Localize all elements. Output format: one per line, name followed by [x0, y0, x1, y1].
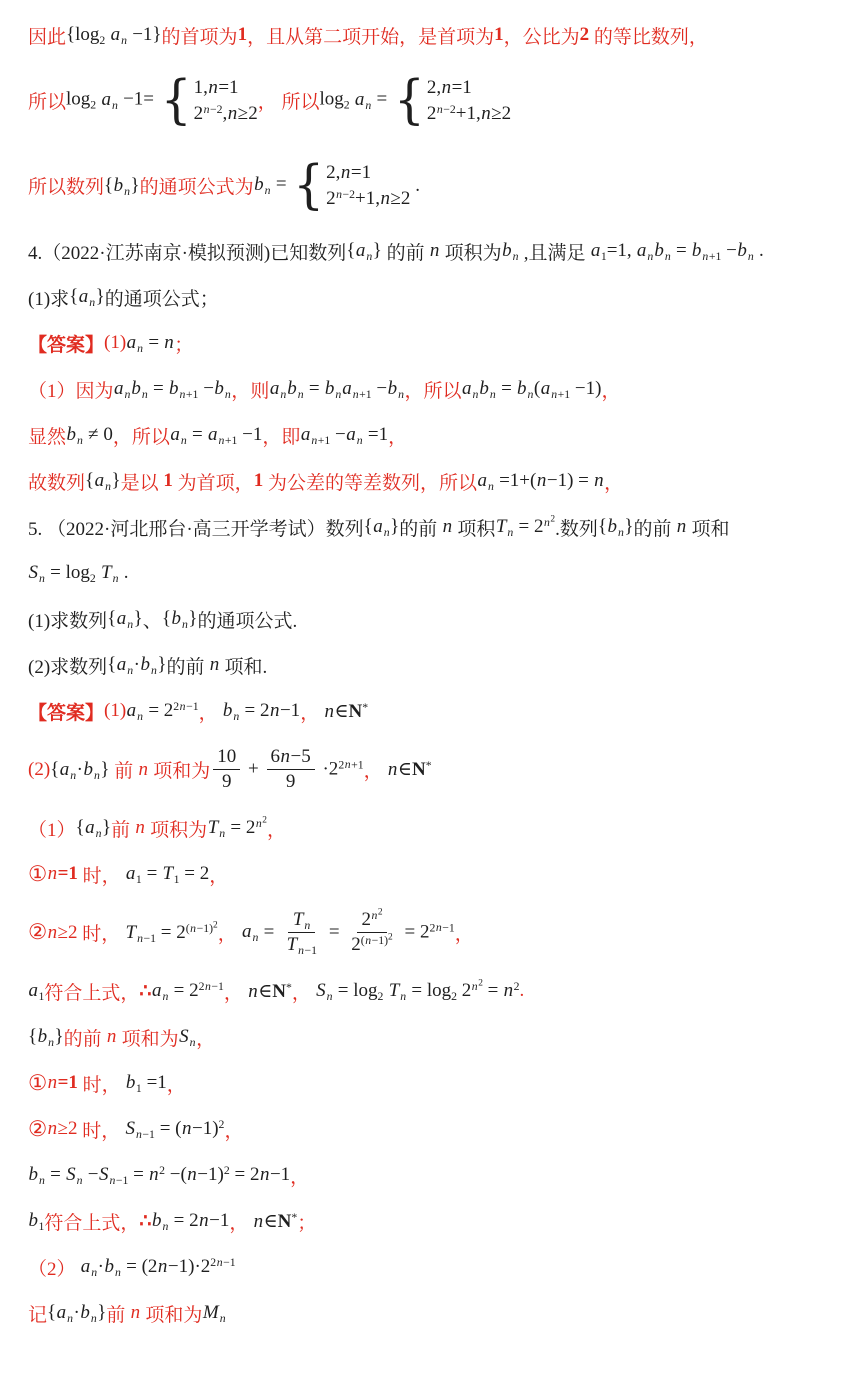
text-segment: ， — [388, 422, 407, 449]
text-segment: ， — [292, 978, 316, 1005]
text-segment: 所以 — [281, 87, 319, 114]
text-segment: ， — [364, 756, 388, 783]
math-segment: n — [442, 516, 453, 538]
math-segment: n≥2 — [47, 1118, 77, 1140]
math-segment: Tn = 2n2 — [207, 817, 267, 839]
math-segment: anbn = bn+1 −bn — [114, 378, 232, 400]
text-segment: 5. （2022·河北邢台·高三开学考试）数列 — [28, 514, 364, 541]
text-line: ①n=1 时， a1 = T1 = 2， — [28, 851, 828, 897]
math-segment: n — [106, 1026, 117, 1048]
text-segment: ； — [297, 1208, 316, 1235]
math-segment: Sn−1 = (n−1)2 — [120, 1118, 224, 1140]
text-segment: 为首项， — [178, 468, 254, 495]
text-segment: 为公差的等差数列，所以 — [268, 468, 477, 495]
math-segment: n∈N* — [253, 1210, 297, 1233]
text-segment: ， — [258, 87, 282, 114]
math-segment: Tn−1 = 2(n−1)2 — [120, 922, 217, 944]
text-line: a1符合上式，∴an = 22n−1， n∈N*， Sn = log2 Tn =… — [28, 968, 828, 1014]
math-segment: {an·bn} — [50, 759, 109, 781]
text-line: (2)求数列{an·bn}的前 n 项和. — [28, 642, 828, 688]
text-line: （1）因为anbn = bn+1 −bn，则anbn = bnan+1 −bn，… — [28, 366, 828, 412]
text-segment: 的首项为 — [162, 22, 238, 49]
text-segment: （2） — [28, 1254, 80, 1281]
math-segment: n — [209, 654, 220, 676]
text-segment: 符合上式， — [44, 978, 139, 1005]
text-segment: 项和为 — [117, 1024, 179, 1051]
text-segment: 前 — [111, 815, 135, 842]
document-body: 因此{log2 an −1}的首项为1，且从第二项开始，是首项为1，公比为2 的… — [28, 12, 828, 1336]
text-segment: 1 — [159, 470, 178, 492]
math-segment: n∈N* — [324, 700, 368, 723]
text-segment: 的前 — [64, 1024, 107, 1051]
text-segment: 前 — [110, 756, 139, 783]
text-segment: （1） — [28, 815, 76, 842]
fraction: 109 — [213, 746, 240, 794]
text-segment: ， — [167, 1070, 186, 1097]
text-segment: =1 — [58, 1072, 78, 1094]
text-segment: 的通项公式； — [105, 284, 219, 311]
text-segment: , — [627, 240, 637, 262]
text-segment: 时， — [78, 861, 121, 888]
math-segment: Sn = log2 Tn — [28, 562, 119, 584]
math-segment: n≥2 — [47, 922, 77, 944]
text-segment: ，公比为 — [504, 22, 580, 49]
text-line: ②n≥2 时， Sn−1 = (n−1)2， — [28, 1106, 828, 1152]
fraction: TnTn−1 — [282, 909, 321, 957]
text-segment: ， — [218, 919, 242, 946]
text-segment: 项积为 — [145, 815, 207, 842]
text-segment: ， — [601, 376, 620, 403]
math-segment: n — [676, 516, 687, 538]
text-segment: ， — [209, 861, 228, 888]
text-segment: ，所以 — [113, 422, 170, 449]
math-segment: log2 an −1= {1,n=12n−2,n≥2 — [66, 75, 258, 125]
text-segment: ， — [300, 698, 324, 725]
text-line: 因此{log2 an −1}的首项为1，且从第二项开始，是首项为1，公比为2 的… — [28, 12, 828, 58]
math-segment: 109 + 6n−59 ·22n+1 — [210, 746, 363, 794]
text-segment: 时， — [78, 919, 121, 946]
text-segment: ， — [290, 1162, 309, 1189]
text-segment: 前 — [106, 1300, 130, 1327]
text-line: ①n=1 时， b1 =1， — [28, 1060, 828, 1106]
text-segment: (1)求数列 — [28, 606, 107, 633]
circled-number: ① — [28, 1071, 47, 1096]
math-segment: n∈N* — [248, 980, 292, 1003]
text-segment: (1) — [104, 700, 126, 722]
text-segment: ， — [224, 1116, 243, 1143]
text-segment: ， — [196, 1024, 215, 1051]
text-segment: 故数列 — [28, 468, 85, 495]
text-segment: ， — [604, 468, 623, 495]
text-line: (1)求{an}的通项公式； — [28, 274, 828, 320]
text-segment: ， — [229, 1208, 253, 1235]
text-line: （1）{an}前 n 项积为Tn = 2n2， — [28, 805, 828, 851]
math-segment: Sn = log2 Tn = log2 2n2 = n2 — [316, 980, 520, 1002]
piecewise-brace: {2,n=12n−2+1,n≥2 — [293, 160, 410, 210]
text-segment: 是以 — [121, 468, 159, 495]
text-segment: 【答案】 — [28, 698, 104, 725]
text-segment: ∴ — [139, 1210, 151, 1233]
math-segment: {an} — [85, 470, 121, 492]
math-segment: Sn — [179, 1026, 196, 1048]
text-segment: 项积 — [453, 514, 496, 541]
math-segment: log2 an = {2,n=12n−2+1,n≥2 — [319, 75, 511, 125]
text-segment: 的前 — [167, 652, 210, 679]
text-segment: . — [119, 562, 129, 584]
math-segment: {an} — [76, 817, 112, 839]
math-segment: n — [429, 240, 440, 262]
text-segment: （1）因为 — [28, 376, 114, 403]
text-segment: 的前 — [382, 238, 430, 265]
math-segment: n — [130, 1302, 141, 1324]
text-segment: . — [520, 980, 525, 1002]
text-line: 记{an·bn}前 n 项和为Mn — [28, 1290, 828, 1336]
text-segment: 则 — [250, 376, 269, 403]
text-segment: 时， — [78, 1116, 121, 1143]
text-segment: ， — [405, 376, 424, 403]
math-segment: an = n — [126, 332, 174, 354]
math-segment: bn = 2n−1 — [152, 1210, 230, 1232]
math-segment: an = TnTn−1 = 2n22(n−1)2 = 22n−1 — [241, 909, 454, 957]
text-segment: 的通项公式. — [197, 606, 297, 633]
text-segment: 2 — [580, 24, 590, 46]
circled-number: ① — [28, 862, 47, 887]
document-page: 因此{log2 an −1}的首项为1，且从第二项开始，是首项为1，公比为2 的… — [0, 0, 846, 1375]
text-segment: (1) — [104, 332, 126, 354]
math-segment: {an·bn} — [107, 654, 166, 676]
text-segment: 1 — [494, 24, 504, 46]
text-line: 故数列{an}是以 1 为首项，1 为公差的等差数列，所以an =1+(n−1)… — [28, 458, 828, 504]
math-segment: a1=1 — [590, 240, 627, 262]
text-segment: 符合上式， — [44, 1208, 139, 1235]
text-segment: =1 — [58, 863, 78, 885]
math-segment: an+1 −an =1 — [300, 424, 388, 446]
text-line: 所以数列{bn}的通项公式为bn = {2,n=12n−2+1,n≥2 . — [28, 143, 828, 228]
text-line: Sn = log2 Tn . — [28, 550, 828, 596]
math-segment: n — [138, 759, 149, 781]
text-segment: 1 — [238, 24, 248, 46]
math-segment: {an} — [69, 286, 105, 308]
math-segment: b1 — [28, 1210, 44, 1232]
math-segment: bn = {2,n=12n−2+1,n≥2 — [254, 160, 411, 210]
fraction: 2n22(n−1)2 — [347, 909, 396, 957]
text-segment: 显然 — [28, 422, 66, 449]
math-segment: an = an+1 −1 — [170, 424, 263, 446]
math-segment: anbn = bn(an+1 −1) — [462, 378, 602, 400]
text-line: 【答案】(1)an = 22n−1， bn = 2n−1， n∈N* — [28, 688, 828, 734]
text-segment: .数列 — [555, 514, 598, 541]
text-line: ②n≥2 时， Tn−1 = 2(n−1)2， an = TnTn−1 = 2n… — [28, 897, 828, 968]
text-line: 显然bn ≠ 0，所以an = an+1 −1，即an+1 −an =1， — [28, 412, 828, 458]
text-segment: (2)求数列 — [28, 652, 107, 679]
text-line: (2){an·bn} 前 n 项和为109 + 6n−59 ·22n+1， n∈… — [28, 734, 828, 805]
text-segment: 项和 — [687, 514, 730, 541]
text-line: b1符合上式，∴bn = 2n−1， n∈N*； — [28, 1198, 828, 1244]
text-segment: 所以 — [424, 376, 462, 403]
text-line: bn = Sn −Sn−1 = n2 −(n−1)2 = 2n−1， — [28, 1152, 828, 1198]
fraction: 6n−59 — [267, 746, 315, 794]
text-segment: ， — [455, 919, 474, 946]
math-segment: bn = Sn −Sn−1 = n2 −(n−1)2 = 2n−1 — [28, 1164, 290, 1186]
text-segment: 的前 — [399, 514, 442, 541]
text-segment: 项和为 — [141, 1300, 203, 1327]
math-segment: a1 — [28, 980, 44, 1002]
text-line: 4.（2022·江苏南京·模拟预测)已知数列{an} 的前 n 项积为bn ,且… — [28, 228, 828, 274]
math-segment: anbn = bn+1 −bn — [636, 240, 754, 262]
text-segment: 的等比数列， — [589, 22, 708, 49]
math-segment: {an·bn} — [47, 1302, 106, 1324]
text-segment: 的前 — [634, 514, 677, 541]
text-segment: 的通项公式为 — [140, 172, 254, 199]
text-segment: 所以数列 — [28, 172, 104, 199]
math-segment: bn ≠ 0 — [66, 424, 113, 446]
circled-number: ② — [28, 920, 47, 945]
text-segment: 项积为 — [440, 238, 502, 265]
text-line: (1)求数列{an}、{bn}的通项公式. — [28, 596, 828, 642]
math-segment: Tn = 2n2 — [495, 516, 555, 538]
text-segment: . — [754, 240, 764, 262]
math-segment: n — [47, 863, 58, 885]
text-segment: 因此 — [28, 22, 66, 49]
text-segment: . — [410, 175, 420, 197]
text-segment: 项和. — [220, 652, 268, 679]
math-segment: n — [47, 1072, 58, 1094]
text-line: （2） an·bn = (2n−1)·22n−1 — [28, 1244, 828, 1290]
text-segment: ， — [224, 978, 248, 1005]
math-segment: an = 22n−1 — [126, 700, 198, 722]
math-segment: {an} — [364, 516, 400, 538]
text-segment: 时， — [78, 1070, 121, 1097]
math-segment: b1 =1 — [121, 1072, 167, 1094]
text-segment: 、 — [143, 606, 162, 633]
text-segment: ， — [267, 815, 286, 842]
math-segment: n∈N* — [387, 758, 431, 781]
text-line: 5. （2022·河北邢台·高三开学考试）数列{an}的前 n 项积Tn = 2… — [28, 504, 828, 550]
text-line: 所以log2 an −1= {1,n=12n−2,n≥2， 所以log2 an … — [28, 58, 828, 143]
text-segment: ，且从第二项开始，是首项为 — [247, 22, 494, 49]
math-segment: n — [135, 817, 146, 839]
text-segment: 【答案】 — [28, 330, 104, 357]
text-segment: ， — [231, 376, 250, 403]
text-segment: (1)求 — [28, 284, 69, 311]
text-segment: 记 — [28, 1300, 47, 1327]
text-segment: ， — [199, 698, 223, 725]
math-segment: {an} — [346, 240, 382, 262]
text-segment: 1 — [254, 470, 268, 492]
text-segment: ,且满足 — [519, 238, 590, 265]
math-segment: an =1+(n−1) = n — [477, 470, 604, 492]
math-segment: anbn = bnan+1 −bn — [269, 378, 404, 400]
math-segment: {bn} — [162, 608, 198, 630]
math-segment: {bn} — [28, 1026, 64, 1048]
text-line: {bn}的前 n 项和为Sn， — [28, 1014, 828, 1060]
math-segment: bn = 2n−1 — [222, 700, 300, 722]
text-segment: 项和为 — [149, 756, 211, 783]
text-segment: 所以 — [28, 87, 66, 114]
math-segment: {log2 an −1} — [66, 24, 162, 46]
math-segment: {bn} — [598, 516, 634, 538]
text-segment: ； — [174, 330, 193, 357]
text-segment: (2) — [28, 759, 50, 781]
math-segment: bn — [502, 240, 519, 262]
math-segment: an·bn = (2n−1)·22n−1 — [80, 1256, 235, 1278]
text-line: 【答案】(1)an = n； — [28, 320, 828, 366]
math-segment: a1 = T1 = 2 — [121, 863, 210, 885]
text-segment: ∴ — [139, 980, 151, 1003]
piecewise-brace: {1,n=12n−2,n≥2 — [161, 75, 258, 125]
math-segment: an = 22n−1 — [152, 980, 224, 1002]
circled-number: ② — [28, 1117, 47, 1142]
math-segment: {bn} — [104, 175, 140, 197]
math-segment: Mn — [202, 1302, 226, 1324]
math-segment: {an} — [107, 608, 143, 630]
text-segment: ，即 — [262, 422, 300, 449]
piecewise-brace: {2,n=12n−2+1,n≥2 — [394, 75, 511, 125]
text-segment: 4.（2022·江苏南京·模拟预测)已知数列 — [28, 238, 346, 265]
